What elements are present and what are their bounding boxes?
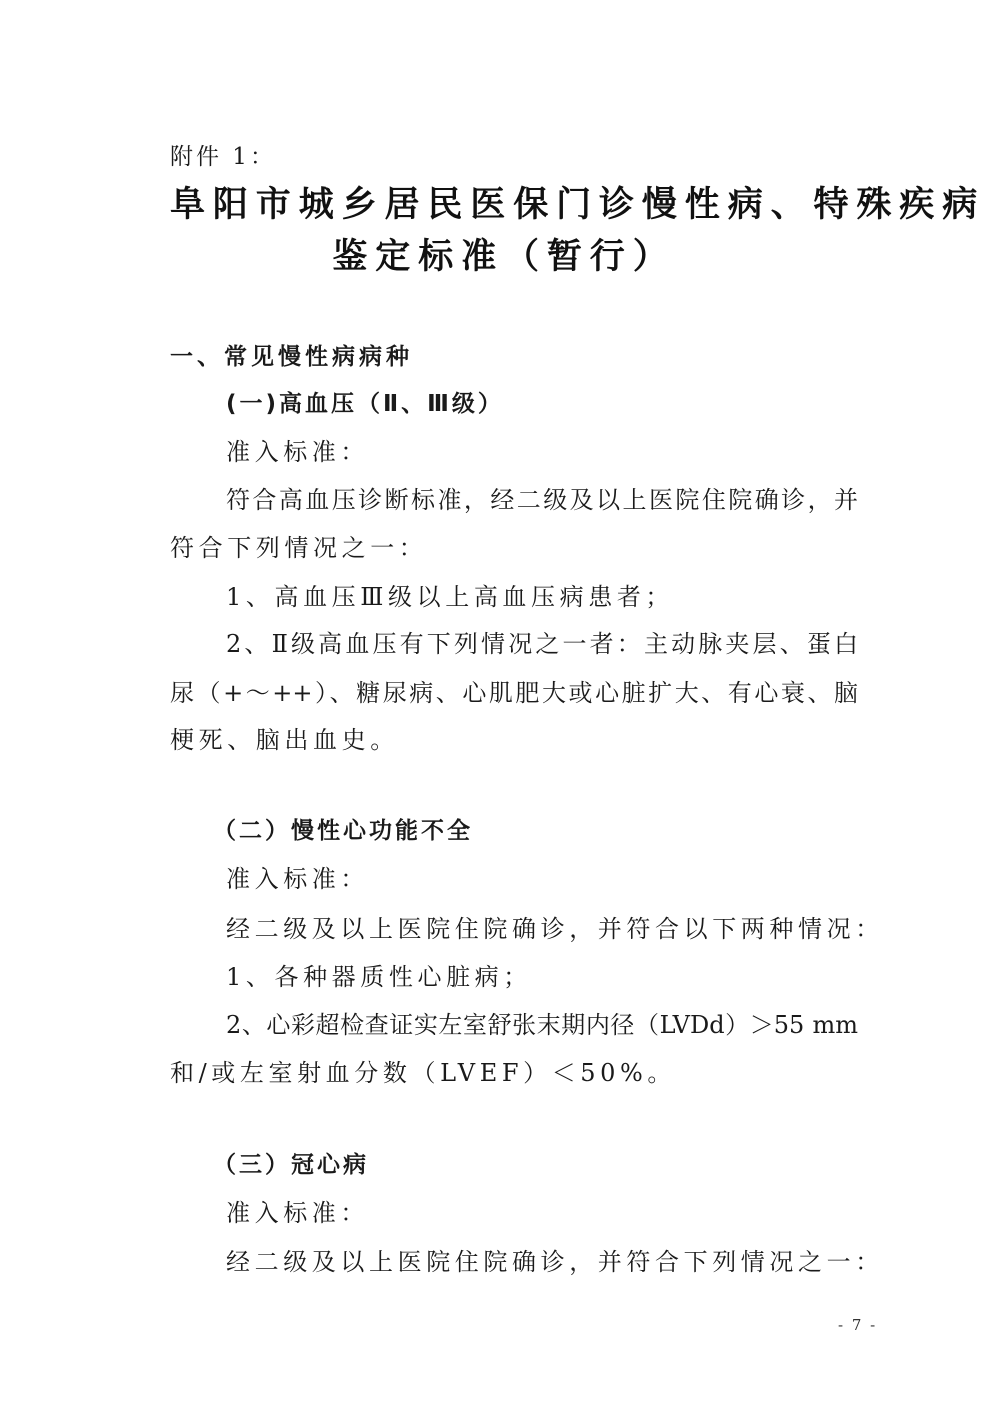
- criteria-label: 准入标准：: [226, 864, 926, 894]
- subsection-heading-hypertension: (一)高血压（Ⅱ、Ⅲ级）: [226, 389, 926, 419]
- condition-item: 2、心彩超检查证实左室舒张末期内径（LVDd）＞55 mm: [226, 1010, 858, 1040]
- criteria-label: 准入标准：: [226, 437, 926, 467]
- attachment-label: 附件 1：: [170, 142, 870, 172]
- document-title-line1: 阜阳市城乡居民医保门诊慢性病、特殊疾病: [170, 183, 1000, 227]
- criteria-text: 符合下列情况之一：: [170, 533, 870, 563]
- criteria-text: 经二级及以上医院住院确诊，并符合下列情况之一：: [226, 1247, 926, 1277]
- document-title-line2: 鉴定标准（暂行）: [0, 235, 1000, 279]
- condition-item-continued: 梗死、脑出血史。: [170, 725, 870, 755]
- condition-item: 1、高血压Ⅲ级以上高血压病患者；: [226, 582, 926, 612]
- criteria-text: 经二级及以上医院住院确诊，并符合以下两种情况：: [226, 914, 926, 944]
- subsection-heading-chronic-heart-failure: （二）慢性心功能不全: [213, 816, 913, 846]
- criteria-text: 符合高血压诊断标准，经二级及以上医院住院确诊，并: [226, 485, 858, 515]
- section-heading-common-chronic-diseases: 一、常见慢性病病种: [170, 342, 870, 372]
- document-page: 附件 1： 阜阳市城乡居民医保门诊慢性病、特殊疾病 鉴定标准（暂行） 一、常见慢…: [0, 0, 1000, 1414]
- page-number: - 7 -: [838, 1316, 877, 1334]
- condition-item-continued: 尿（+～++）、糖尿病、心肌肥大或心脏扩大、有心衰、脑: [170, 678, 858, 708]
- condition-item: 1、各种器质性心脏病；: [226, 962, 926, 992]
- condition-item: 2、Ⅱ级高血压有下列情况之一者：主动脉夹层、蛋白: [226, 629, 858, 659]
- condition-item-continued: 和/或左室射血分数（LVEF）＜50%。: [170, 1058, 870, 1088]
- subsection-heading-coronary-heart-disease: （三）冠心病: [213, 1150, 913, 1180]
- criteria-label: 准入标准：: [226, 1198, 926, 1228]
